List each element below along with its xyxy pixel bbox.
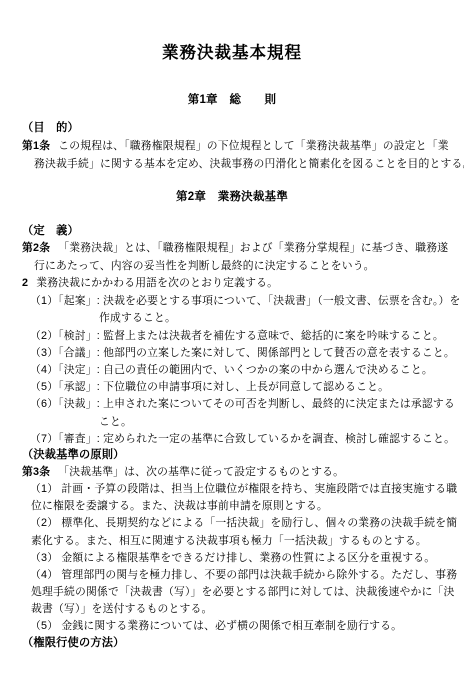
principle-4-line-3: 裁書（写）」を送付するものとする。 [31, 603, 213, 615]
definition-heading: （定 義） [22, 225, 79, 238]
article-2-paragraph-2: 2業務決裁にかかわる用語を次のとおり定義する。 [22, 277, 278, 289]
principle-1-line-2: 位に権限を委譲する。また、決裁は事前申請を原則とする。 [31, 500, 328, 512]
term-1-line-2: 作成すること。 [99, 312, 176, 324]
chapter-2-heading: 第2章 業務決裁基準 [0, 191, 464, 204]
document-title: 業務決裁基本規程 [0, 44, 464, 63]
principle-4-line-2: 処理手続の関係で「決裁書（写）」を必要とする部門に対しては、決裁後速やかに「決 [31, 586, 454, 598]
article-2-line-1: 第2条「業務決裁」とは、「職務権限規程」および「業務分掌規程」に基づき、職務遂 [22, 242, 448, 254]
term-6-line-1: （6）「決裁」: 上申された案についてその可否を判断し、最終的に決定または承認す… [30, 398, 455, 410]
term-2-line-1: （2）「検討」: 監督上または決裁者を補佐する意味で、総括的に案を吟味すること。 [30, 330, 444, 342]
document-page: 業務決裁基本規程 第1章 総 則 （目 的） 第1条この規程は、「職務権限規程」… [0, 0, 464, 690]
method-heading: （権限行使の方法） [22, 637, 125, 650]
article-1-text-1: この規程は、「職務権限規程」の下位規程として「業務決裁基準」の設定と「業 [58, 140, 448, 152]
term-5-line-1: （5）「承認」: 下位職位の申請事項に対し、上長が同意して認めること。 [30, 381, 389, 393]
principle-2-line-2: 素化する。また、相互に関連する決裁事項も極力「一括決裁」するものとする。 [31, 535, 427, 547]
principle-4-line-1: （4） 管理部門の関与を極力排し、不要の部門は決裁手続から除外する。ただし、事務 [30, 569, 457, 581]
purpose-heading: （目 的） [22, 122, 79, 135]
article-3-intro: 「決裁基準」は、次の基準に従って設定するものとする。 [58, 466, 344, 478]
article-1-line-2: 務決裁手続」に関する基本を定め、決裁事務の円滑化と簡素化を図ることを目的とする。 [34, 158, 464, 170]
principle-1-line-1: （1） 計画・予算の段階は、担当上位職位が権限を持ち、実施段階では直接実施する職 [30, 483, 457, 495]
term-3-line-1: （3）「合議」: 他部門の立案した案に対して、関係部門として賛否の意を表すること… [30, 347, 455, 359]
paragraph-2-number: 2 [22, 277, 28, 289]
principle-2-line-1: （2） 標準化、長期契約などによる「一括決裁」を励行し、個々の業務の決裁手続を簡 [30, 517, 457, 529]
principles-heading: （決裁基準の原則） [22, 449, 125, 462]
paragraph-2-text: 業務決裁にかかわる用語を次のとおり定義する。 [36, 277, 278, 289]
article-2-line-2: 行にあたって、内容の妥当性を判断し最終的に決定することをいう。 [34, 260, 375, 272]
article-3-line-1: 第3条「決裁基準」は、次の基準に従って設定するものとする。 [22, 466, 344, 478]
principle-5-line-1: （5） 金銭に関する業務については、必ず横の関係で相互牽制を励行する。 [30, 620, 402, 632]
principle-3-line-1: （3） 金額による権限基準をできるだけ排し、業務の性質による区分を重視する。 [30, 552, 435, 564]
article-1-label: 第1条 [22, 140, 50, 152]
term-7-line-1: （7）「審査」: 定められた一定の基準に合致しているかを調査、検討し確認すること… [30, 433, 455, 445]
article-3-label: 第3条 [22, 466, 50, 478]
term-4-line-1: （4）「決定」: 自己の責任の範囲内で、いくつかの案の中から選んで決めること。 [30, 364, 433, 376]
term-1-line-1: （1）「起案」: 決裁を必要とする事項について、「決裁書」（一般文書、伝票を含む… [30, 295, 460, 307]
article-2-label: 第2条 [22, 242, 50, 254]
article-1-line-1: 第1条この規程は、「職務権限規程」の下位規程として「業務決裁基準」の設定と「業 [22, 140, 449, 152]
chapter-1-heading: 第1章 総 則 [0, 94, 464, 107]
term-6-line-2: こと。 [99, 416, 132, 428]
article-2-text-1: 「業務決裁」とは、「職務権限規程」および「業務分掌規程」に基づき、職務遂 [58, 242, 448, 254]
